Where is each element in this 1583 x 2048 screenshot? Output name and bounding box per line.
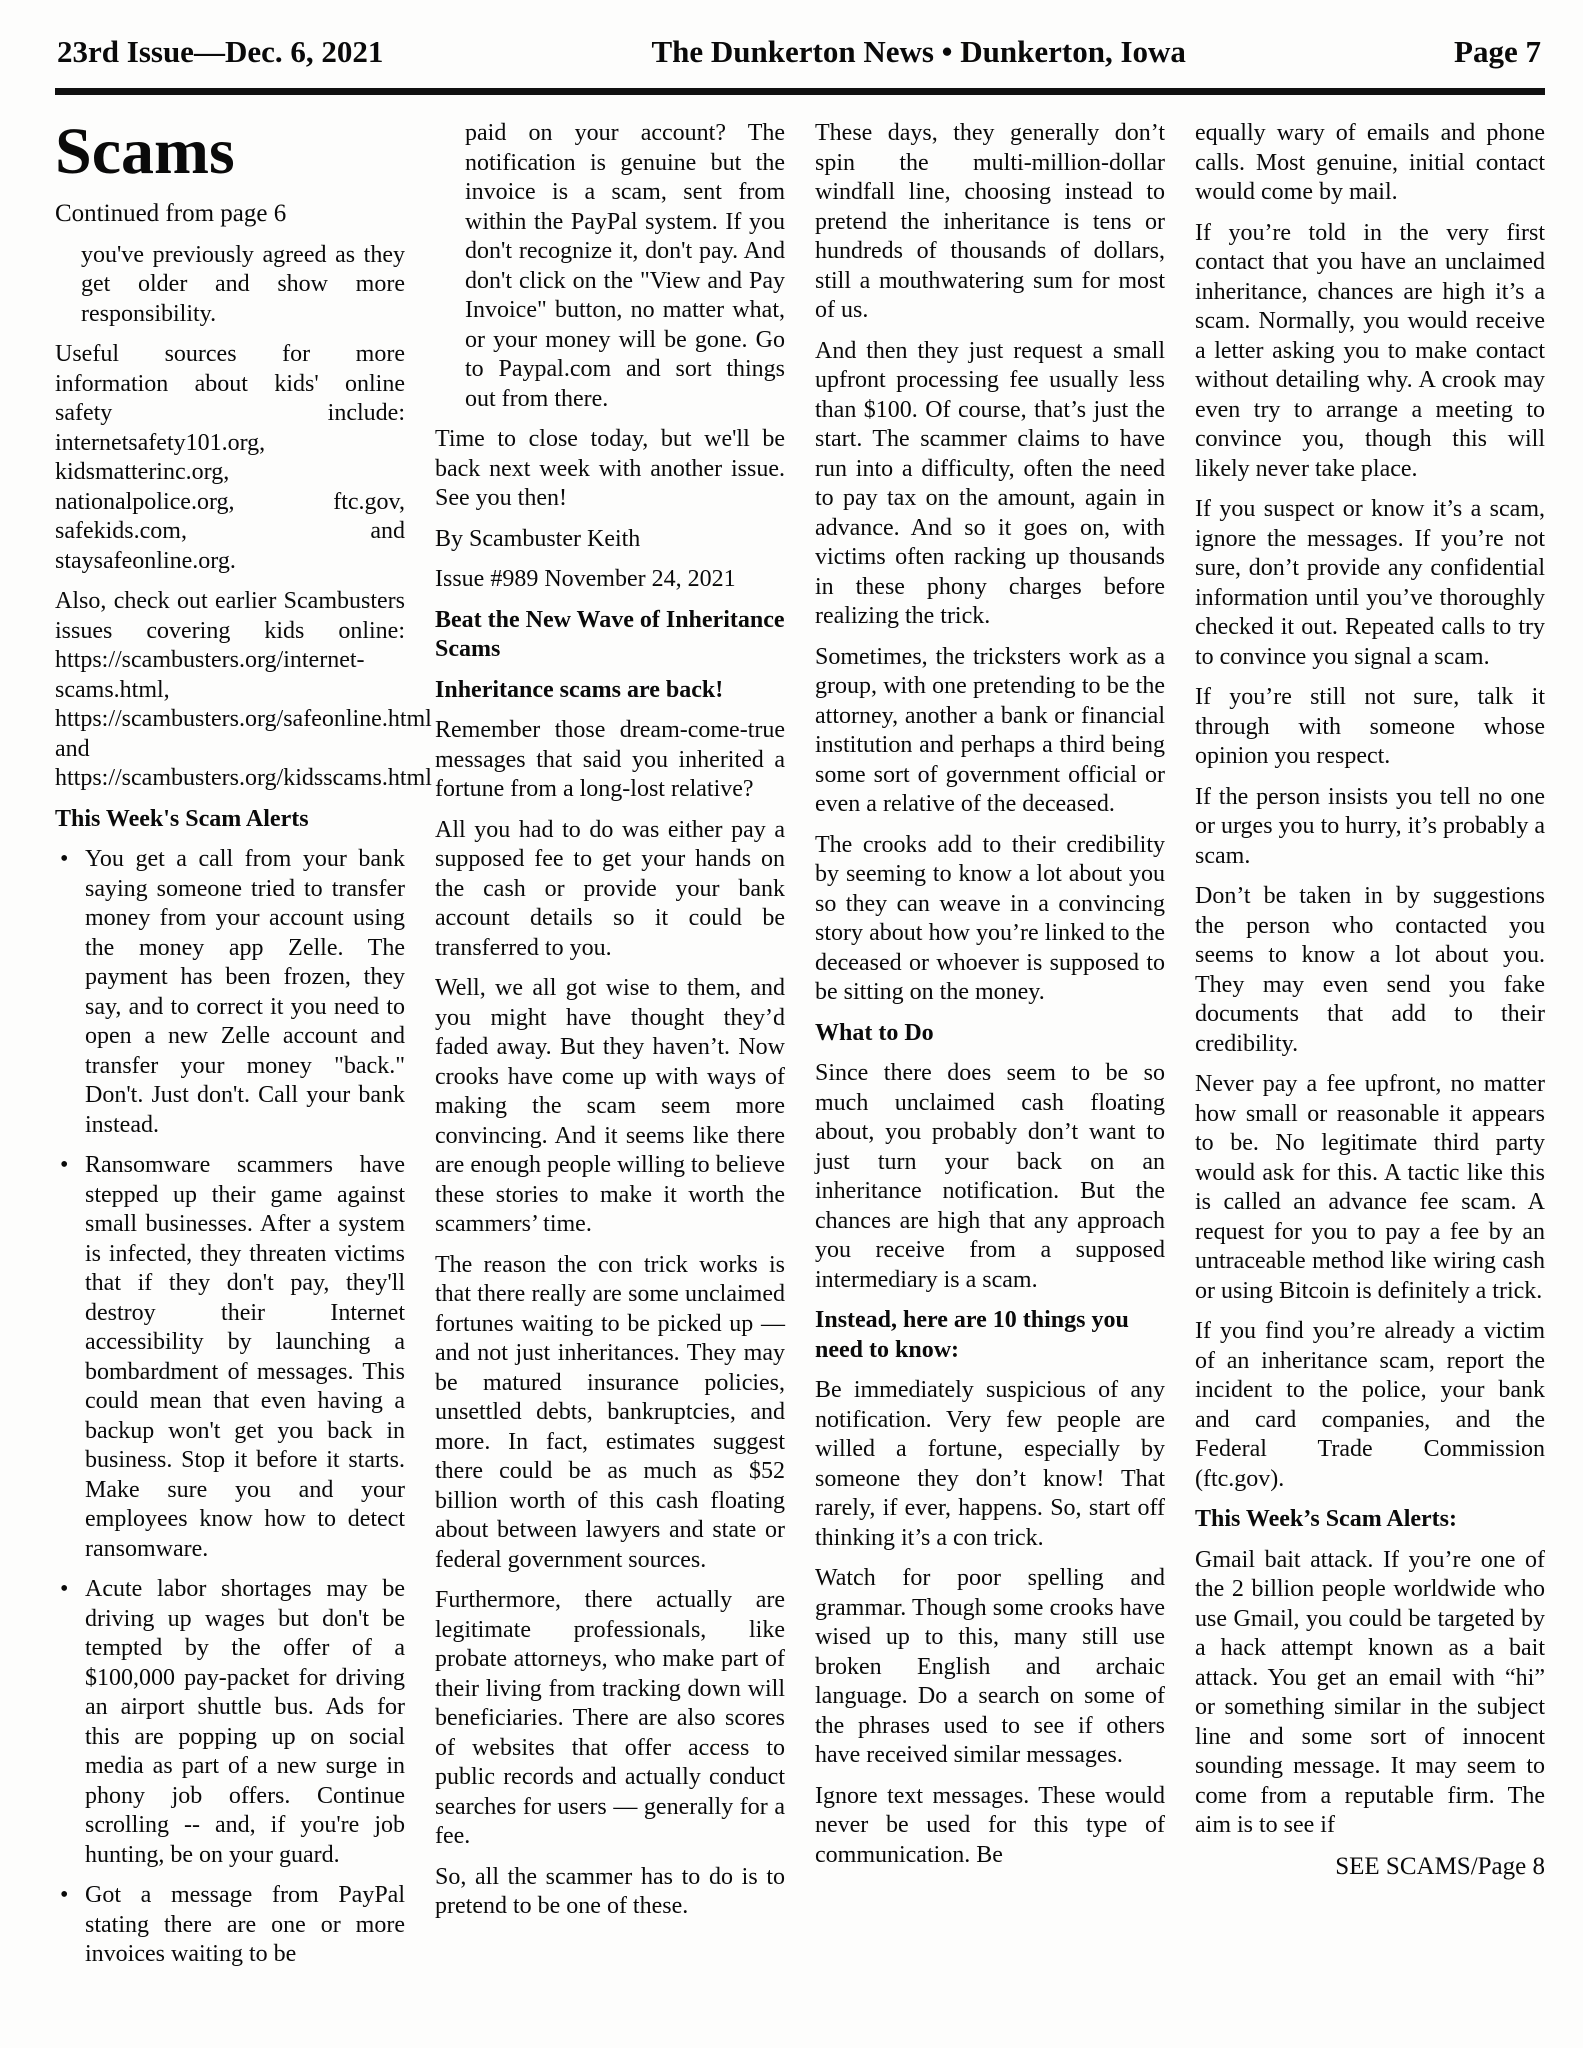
- issue-date: 23rd Issue—Dec. 6, 2021: [57, 34, 383, 70]
- column-3: These days, they generally don’t spin th…: [815, 119, 1165, 1969]
- bullet-item: Ransomware scammers have stepped up thei…: [55, 1151, 405, 1564]
- paragraph: Ignore text messages. These would never …: [815, 1782, 1165, 1871]
- page-header: 23rd Issue—Dec. 6, 2021 The Dunkerton Ne…: [55, 26, 1545, 95]
- paragraph: If you’re still not sure, talk it throug…: [1195, 683, 1545, 772]
- paragraph: If you’re told in the very first contact…: [1195, 219, 1545, 485]
- byline: By Scambuster Keith: [435, 525, 785, 555]
- jump-line: SEE SCAMS/Page 8: [1195, 1852, 1545, 1882]
- paragraph: Also, check out earlier Scambusters issu…: [55, 587, 405, 794]
- page-number: Page 7: [1454, 34, 1541, 70]
- paragraph: Never pay a fee upfront, no matter how s…: [1195, 1070, 1545, 1306]
- paragraph: Well, we all got wise to them, and you m…: [435, 974, 785, 1240]
- paragraph: Remember those dream-come-true messages …: [435, 716, 785, 805]
- newspaper-title: The Dunkerton News • Dunkerton, Iowa: [651, 34, 1185, 70]
- paragraph: If the person insists you tell no one or…: [1195, 783, 1545, 872]
- paragraph: All you had to do was either pay a suppo…: [435, 816, 785, 964]
- paragraph: you've previously agreed as they get old…: [81, 241, 405, 330]
- paragraph: The reason the con trick works is that t…: [435, 1251, 785, 1576]
- paragraph: Useful sources for more information abou…: [55, 340, 405, 576]
- column-4: equally wary of emails and phone calls. …: [1195, 119, 1545, 1969]
- paragraph: Watch for poor spelling and grammar. Tho…: [815, 1564, 1165, 1771]
- paragraph: Gmail bait attack. If you’re one of the …: [1195, 1546, 1545, 1841]
- paragraph: These days, they generally don’t spin th…: [815, 119, 1165, 326]
- section-heading: What to Do: [815, 1019, 1165, 1049]
- paragraph: If you suspect or know it’s a scam, igno…: [1195, 495, 1545, 672]
- column-1: Scams Continued from page 6 you've previ…: [55, 119, 405, 1969]
- column-2: paid on your account? The notification i…: [435, 119, 785, 1969]
- continued-from-line: Continued from page 6: [55, 199, 405, 229]
- bullet-item: You get a call from your bank saying som…: [55, 845, 405, 1140]
- paragraph: Be immediately suspicious of any notific…: [815, 1376, 1165, 1553]
- paragraph: The crooks add to their credibility by s…: [815, 831, 1165, 1008]
- paragraph: Sometimes, the tricksters work as a grou…: [815, 643, 1165, 820]
- paragraph: Furthermore, there actually are legitima…: [435, 1586, 785, 1852]
- paragraph: equally wary of emails and phone calls. …: [1195, 119, 1545, 208]
- bullet-item: Acute labor shortages may be driving up …: [55, 1575, 405, 1870]
- newspaper-page: 23rd Issue—Dec. 6, 2021 The Dunkerton Ne…: [0, 0, 1583, 1969]
- section-heading: Beat the New Wave of Inheritance Scams: [435, 606, 785, 665]
- article-columns: Scams Continued from page 6 you've previ…: [55, 119, 1545, 1969]
- bullet-item: Got a message from PayPal stating there …: [55, 1881, 405, 1969]
- paragraph: If you find you’re already a victim of a…: [1195, 1317, 1545, 1494]
- section-heading: Instead, here are 10 things you need to …: [815, 1306, 1165, 1365]
- paragraph: And then they just request a small upfro…: [815, 337, 1165, 632]
- paragraph: So, all the scammer has to do is to pret…: [435, 1863, 785, 1922]
- paragraph: Don’t be taken in by suggestions the per…: [1195, 882, 1545, 1059]
- bullet-continuation: paid on your account? The notification i…: [435, 119, 785, 414]
- article-headline: Scams: [55, 119, 405, 185]
- issue-line: Issue #989 November 24, 2021: [435, 565, 785, 595]
- paragraph: Since there does seem to be so much uncl…: [815, 1059, 1165, 1295]
- paragraph: Time to close today, but we'll be back n…: [435, 425, 785, 514]
- section-heading: This Week's Scam Alerts: [55, 805, 405, 835]
- section-heading: This Week’s Scam Alerts:: [1195, 1505, 1545, 1535]
- section-heading: Inheritance scams are back!: [435, 676, 785, 706]
